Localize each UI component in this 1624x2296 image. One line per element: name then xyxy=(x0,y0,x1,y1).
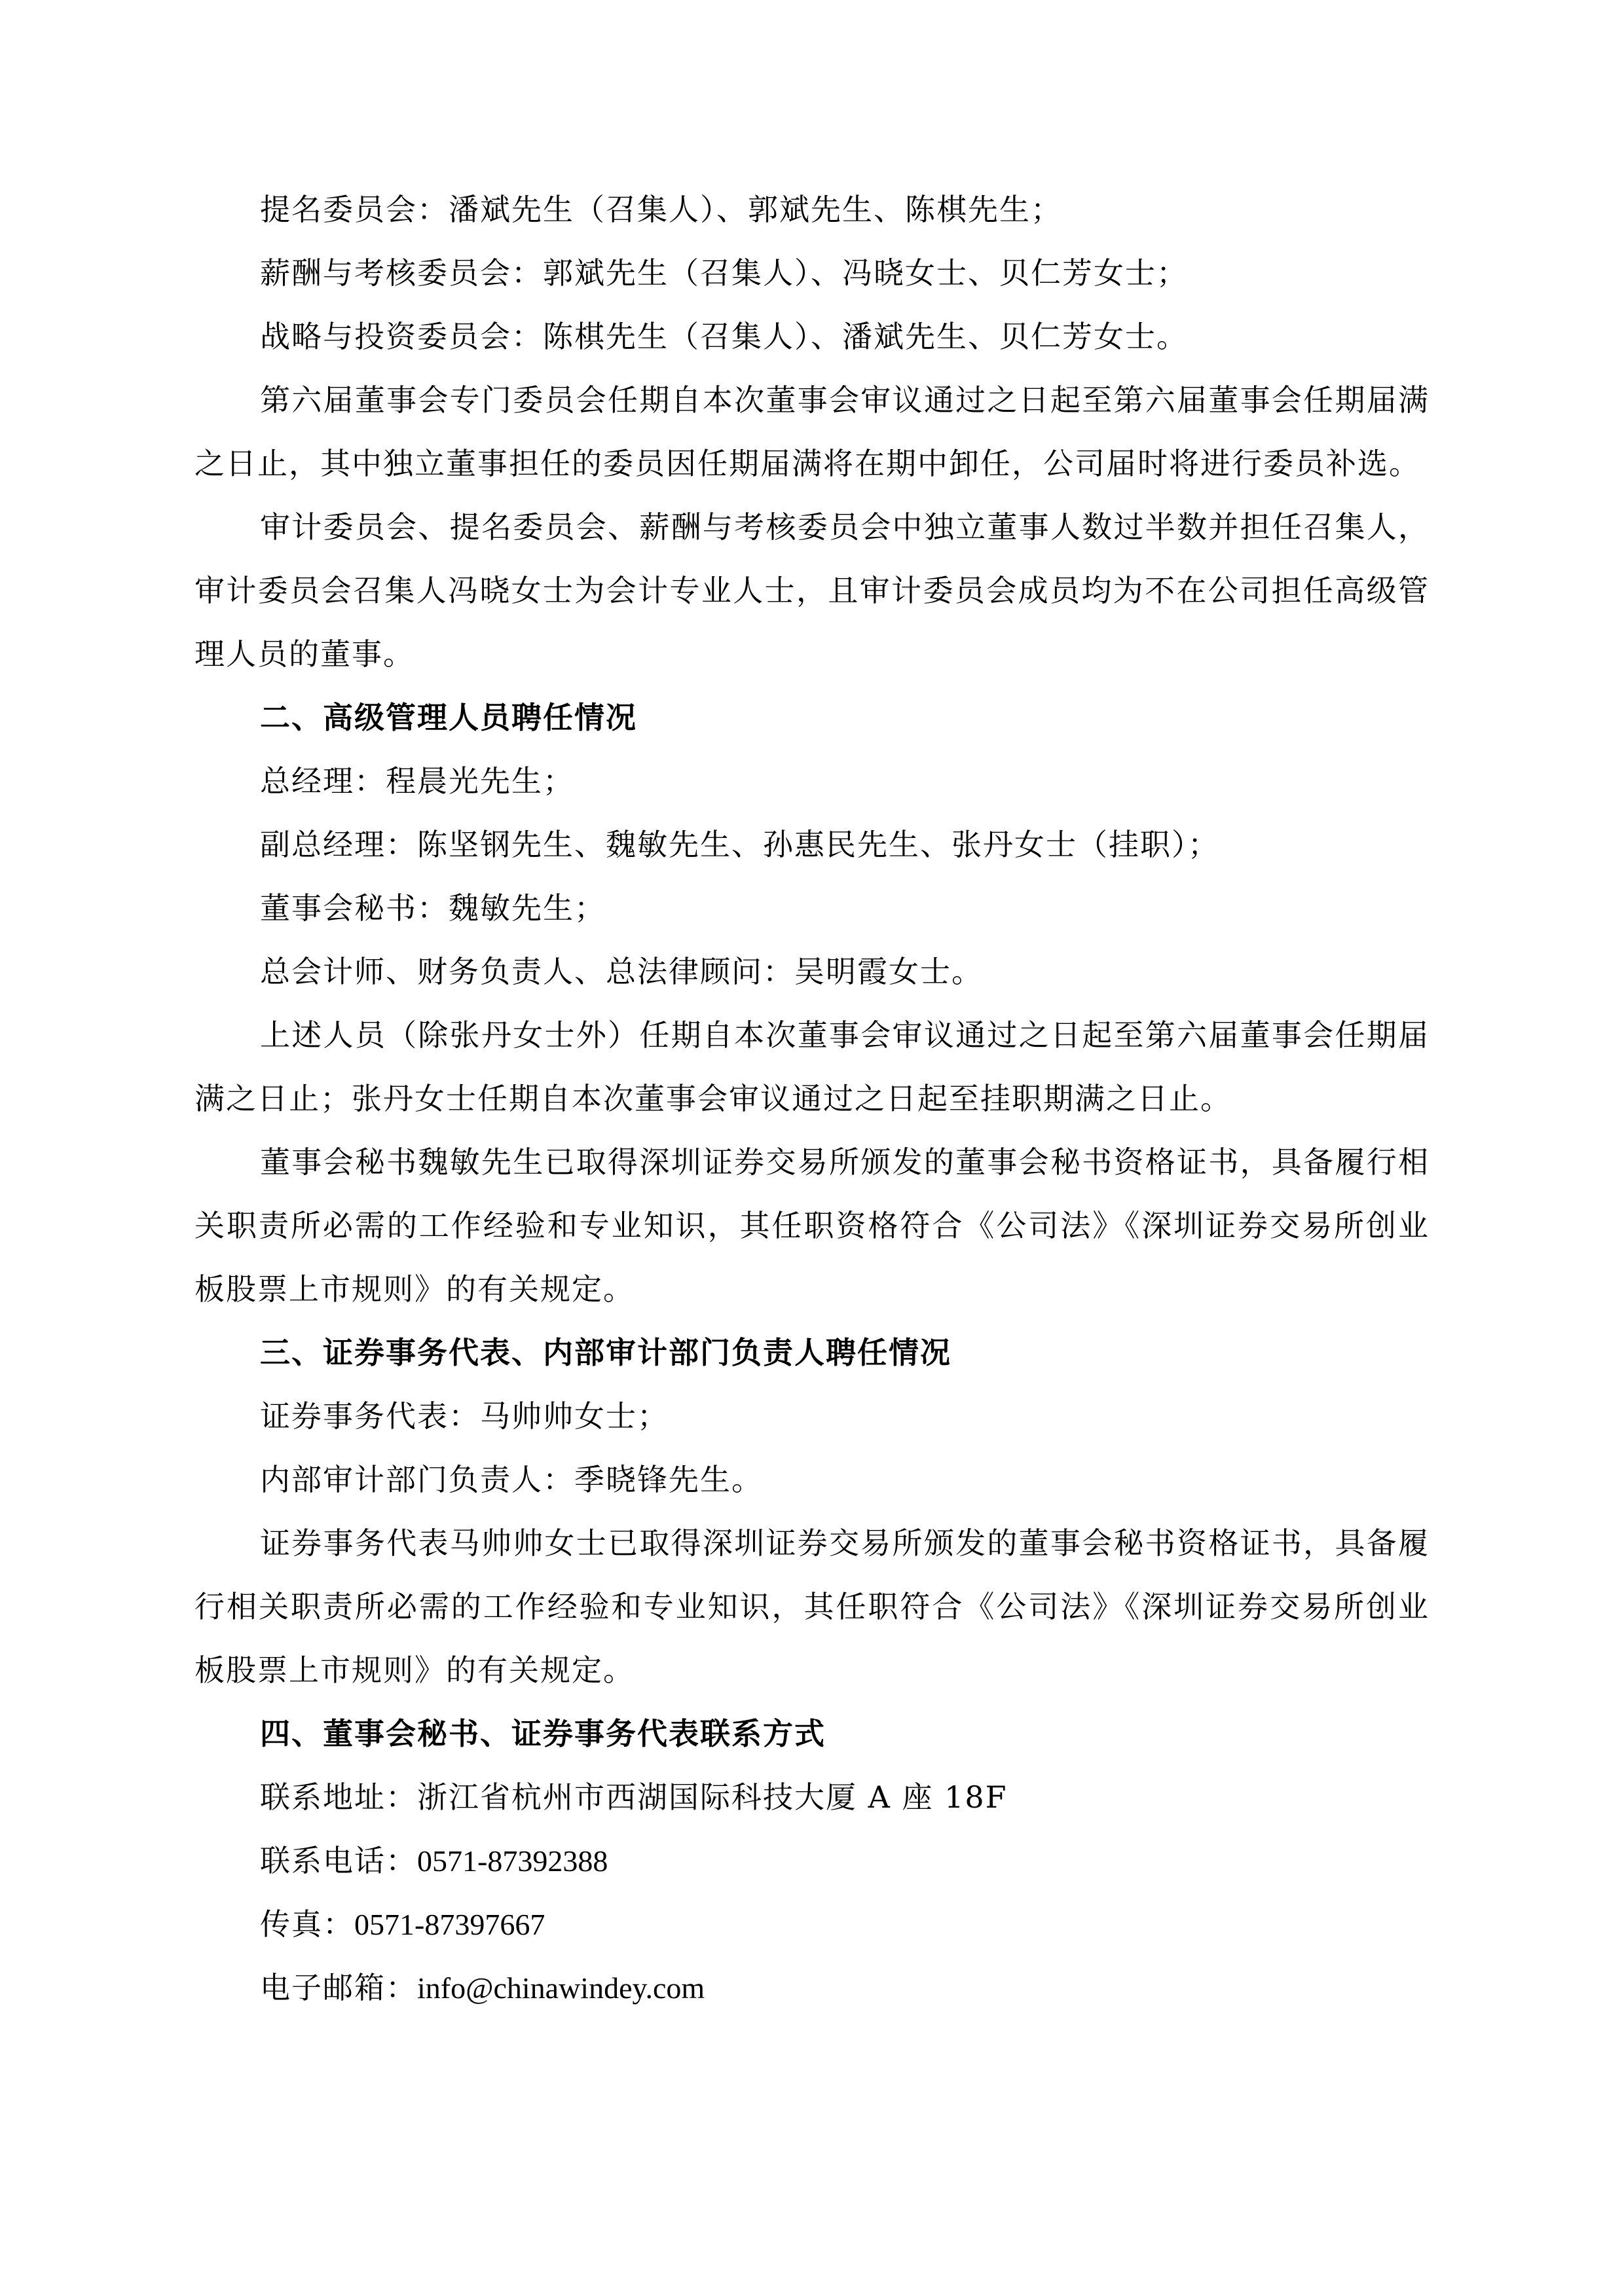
position-label: 证券事务代表： xyxy=(260,1398,480,1434)
position-label: 总会计师、财务负责人、总法律顾问： xyxy=(260,954,794,989)
committee-term-paragraph: 第六届董事会专门委员会任期自本次董事会审议通过之日起至第六届董事会任期届满之日止… xyxy=(194,369,1430,496)
committee-label: 提名委员会： xyxy=(260,192,449,227)
committee-remuneration: 薪酬与考核委员会：郭斌先生（召集人）、冯晓女士、贝仁芳女士； xyxy=(194,242,1430,305)
appointment-chief-accountant: 总会计师、财务负责人、总法律顾问：吴明霞女士。 xyxy=(194,940,1430,1004)
appointee: 程晨光先生； xyxy=(386,763,574,799)
contact-label: 联系地址： xyxy=(260,1779,417,1815)
position-label: 副总经理： xyxy=(260,827,417,862)
section-heading-contact: 四、董事会秘书、证券事务代表联系方式 xyxy=(194,1702,1430,1766)
document-page: 提名委员会：潘斌先生（召集人）、郭斌先生、陈棋先生； 薪酬与考核委员会：郭斌先生… xyxy=(194,178,1430,2020)
appointment-securities-representative: 证券事务代表：马帅帅女士； xyxy=(194,1385,1430,1448)
contact-phone: 联系电话：0571-87392388 xyxy=(194,1829,1430,1893)
contact-value: 0571-87397667 xyxy=(354,1908,545,1941)
committee-nomination: 提名委员会：潘斌先生（召集人）、郭斌先生、陈棋先生； xyxy=(194,178,1430,242)
contact-label: 传真： xyxy=(260,1906,354,1942)
senior-management-term-paragraph: 上述人员（除张丹女士外）任期自本次董事会审议通过之日起至第六届董事会任期届满之日… xyxy=(194,1004,1430,1131)
committee-composition-paragraph: 审计委员会、提名委员会、薪酬与考核委员会中独立董事人数过半数并担任召集人，审计委… xyxy=(194,496,1430,686)
contact-label: 电子邮箱： xyxy=(260,1970,417,2005)
appointment-internal-audit-head: 内部审计部门负责人：季晓锋先生。 xyxy=(194,1448,1430,1512)
contact-email: 电子邮箱：info@chinawindey.com xyxy=(194,1956,1430,2020)
section-heading-senior-management: 二、高级管理人员聘任情况 xyxy=(194,686,1430,750)
contact-label: 联系电话： xyxy=(260,1843,417,1878)
committee-strategy: 战略与投资委员会：陈棋先生（召集人）、潘斌先生、贝仁芳女士。 xyxy=(194,305,1430,369)
contact-value: 浙江省杭州市西湖国际科技大厦 A 座 18F xyxy=(417,1779,1008,1815)
section-heading-securities-rep-audit: 三、证券事务代表、内部审计部门负责人聘任情况 xyxy=(194,1321,1430,1385)
appointee: 马帅帅女士； xyxy=(480,1398,669,1434)
contact-value: 0571-87392388 xyxy=(417,1844,608,1878)
committee-members: 潘斌先生（召集人）、郭斌先生、陈棋先生； xyxy=(449,192,1062,227)
board-secretary-qualification-paragraph: 董事会秘书魏敏先生已取得深圳证券交易所颁发的董事会秘书资格证书，具备履行相关职责… xyxy=(194,1131,1430,1321)
committee-members: 陈棋先生（召集人）、潘斌先生、贝仁芳女士。 xyxy=(543,319,1188,354)
appointee: 魏敏先生； xyxy=(449,890,606,926)
contact-fax: 传真：0571-87397667 xyxy=(194,1893,1430,1956)
position-label: 董事会秘书： xyxy=(260,890,449,926)
committee-members: 郭斌先生（召集人）、冯晓女士、贝仁芳女士； xyxy=(543,255,1188,291)
appointee: 陈坚钢先生、魏敏先生、孙惠民先生、张丹女士（挂职）； xyxy=(417,827,1219,862)
position-label: 内部审计部门负责人： xyxy=(260,1462,574,1497)
appointment-general-manager: 总经理：程晨光先生； xyxy=(194,750,1430,813)
position-label: 总经理： xyxy=(260,763,386,799)
contact-address: 联系地址：浙江省杭州市西湖国际科技大厦 A 座 18F xyxy=(194,1766,1430,1829)
appointment-deputy-general-managers: 副总经理：陈坚钢先生、魏敏先生、孙惠民先生、张丹女士（挂职）； xyxy=(194,813,1430,877)
securities-rep-qualification-paragraph: 证券事务代表马帅帅女士已取得深圳证券交易所颁发的董事会秘书资格证书，具备履行相关… xyxy=(194,1512,1430,1702)
contact-email-link[interactable]: info@chinawindey.com xyxy=(417,1971,705,2005)
appointee: 季晓锋先生。 xyxy=(574,1462,763,1497)
committee-label: 战略与投资委员会： xyxy=(260,319,543,354)
appointment-board-secretary: 董事会秘书：魏敏先生； xyxy=(194,877,1430,940)
appointee: 吴明霞女士。 xyxy=(794,954,983,989)
committee-label: 薪酬与考核委员会： xyxy=(260,255,543,291)
